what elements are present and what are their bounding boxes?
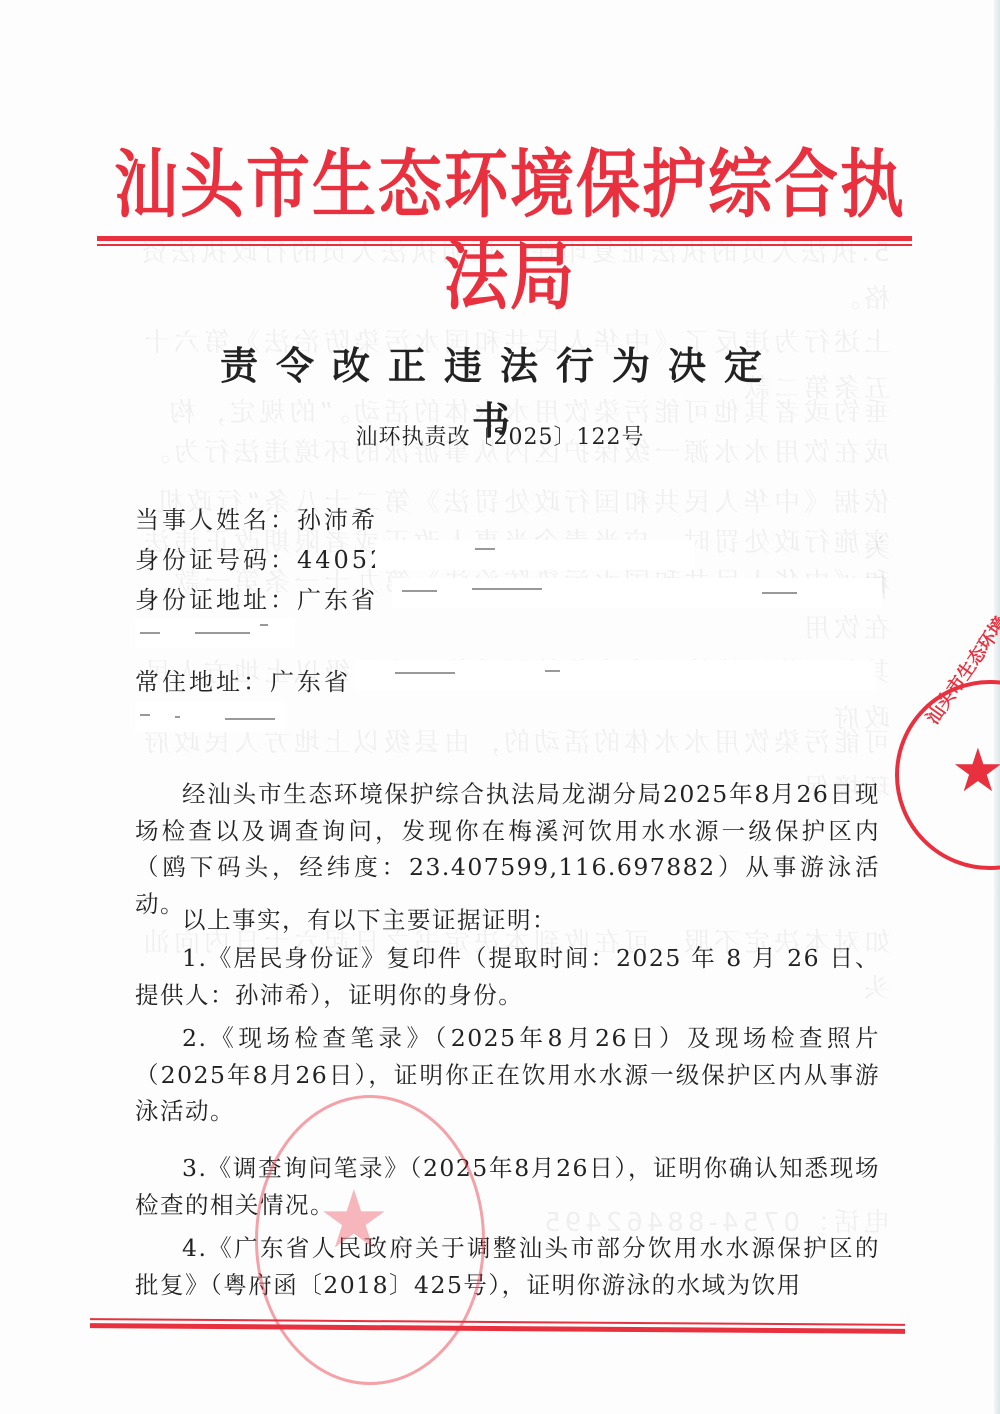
redaction-residence bbox=[355, 660, 875, 690]
redaction-id-number bbox=[375, 540, 695, 570]
party-name-field: 当事人姓名：孙沛希 bbox=[135, 500, 378, 535]
party-id-address-label: 身份证地址： bbox=[135, 586, 297, 614]
evidence-item-3: 3.《调查询问笔录》（2025年8月26日），证明你确认知悉现场检查的相关情况。 bbox=[135, 1150, 880, 1223]
official-seal: 汕头市生态环境 ★ bbox=[895, 680, 1000, 870]
party-id-field: 身份证号码：440525 bbox=[135, 540, 407, 575]
faint-star-icon: ★ bbox=[318, 1173, 390, 1266]
header-rule-thick bbox=[97, 236, 912, 241]
party-residence-field: 常住地址：广东省 bbox=[135, 662, 351, 697]
facts-paragraph: 经汕头市生态环境保护综合执法局龙湖分局2025年8月26日现场检查以及调查询问，… bbox=[135, 776, 880, 922]
seal-text: 汕头市生态环境 bbox=[919, 611, 1000, 729]
evidence-item-1: 1.《居民身份证》复印件（提取时间：2025 年 8 月 26 日、提供人：孙沛… bbox=[135, 940, 880, 1013]
footer-rule-thick bbox=[90, 1323, 905, 1334]
redaction-residence-line2 bbox=[135, 702, 285, 732]
party-id-label: 身份证号码： bbox=[135, 546, 297, 574]
document-number: 汕环执责改〔2025〕122号 bbox=[200, 420, 800, 451]
redaction-id-address-line2 bbox=[135, 618, 295, 648]
evidence-intro: 以上事实，有以下主要证据证明： bbox=[135, 902, 880, 939]
party-id-address-field: 身份证地址：广东省 bbox=[135, 580, 378, 615]
seal-bleed-through: ★ bbox=[255, 1095, 485, 1385]
party-name-label: 当事人姓名： bbox=[135, 506, 297, 534]
party-id-address-value: 广东省 bbox=[297, 586, 378, 614]
evidence-item-2: 2.《现场检查笔录》（2025年8月26日）及现场检查照片（2025年8月26日… bbox=[135, 1020, 880, 1130]
party-residence-value: 广东省 bbox=[270, 668, 351, 696]
redaction-id-address bbox=[392, 578, 882, 608]
header-rule-thin bbox=[97, 244, 912, 246]
agency-letterhead: 汕头市生态环境保护综合执法局 bbox=[100, 140, 920, 324]
evidence-item-4: 4.《广东省人民政府关于调整汕头市部分饮用水水源保护区的批复》（粤府函〔2018… bbox=[135, 1230, 880, 1303]
seal-star-icon: ★ bbox=[951, 736, 1000, 806]
party-residence-label: 常住地址： bbox=[135, 668, 270, 696]
document-page: 5.执法人员的执法证复印件，证明执法人员的行政执法资格。 上述行为违反了《中华人… bbox=[0, 0, 1000, 1414]
party-name-value: 孙沛希 bbox=[297, 506, 378, 534]
